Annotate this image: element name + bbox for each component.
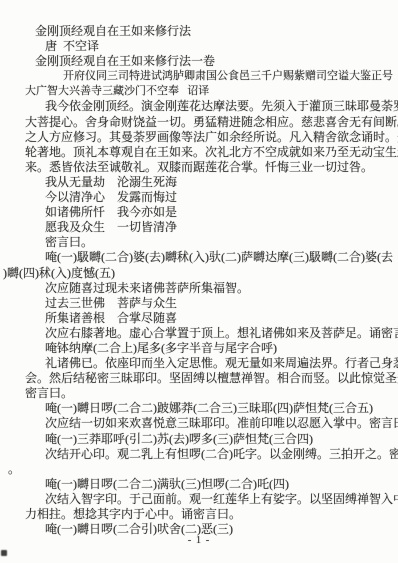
sutra-title-line: 金刚顶经观自在王如来修行法	[25, 24, 398, 39]
body-text-line: 密言曰。	[25, 386, 398, 401]
verse-line: 所集诸善根 合掌尽随喜	[25, 311, 398, 326]
body-text-line: 礼诸佛已。依座印而坐入定思惟。观无量如来周遍法界。行者己身悉在彼	[25, 356, 398, 371]
body-text-line: 次应随喜过现未来诸佛菩萨所集福智。	[25, 281, 398, 296]
body-text-line: 来。悉皆依法至诚敬礼。双膝而踞莲花合掌。忏悔三业一切过咎。	[25, 160, 398, 175]
wrapped-punctuation-line: 。	[8, 462, 398, 477]
mantra-line: 唵钵纳摩(二合上)尾多(多字半音与尾字合呼)	[25, 341, 398, 356]
verse-line: 过去三世佛 菩萨与众生	[25, 296, 398, 311]
body-text-line: 之人方应修习。其曼荼罗画像等法广如余经所说。凡入精舍欲念诵时。先以五	[25, 130, 398, 145]
body-text-line: 轮著地。顶礼本尊观自在王如来。次礼北方不空成就如来乃至无动宝生遍照如	[25, 145, 398, 160]
mantra-line: 唵(一)嚩日啰(二合二)满驮(三)怛啰(二合)吒(四)	[25, 477, 398, 492]
body-text-line: 次应右膝著地。虚心合掌置于顶上。想礼诸佛如来及菩萨足。诵密言曰。	[25, 326, 398, 341]
body-text-line: 次结开心印。观二乳上有怛啰(二合)吒字。以金刚缚。三拍开之。密言曰	[25, 447, 398, 462]
sutra-text-block: 金刚顶经观自在王如来修行法 唐 不空译 金刚顶经观自在王如来修行法一卷 开府仪同…	[25, 24, 398, 537]
mantra-line: )嚩(四)秫(入)度憾(五)	[3, 266, 398, 281]
verse-line: 今以清净心 发露而悔过	[25, 190, 398, 205]
mantra-line: 唵(一)馺嚩(二合)婆(去)嚩秫(入)驮(二)萨嚩达摩(三)馺嚩(二合)婆(去	[25, 250, 398, 265]
translator-line: 唐 不空译	[25, 39, 398, 54]
scroll-title-line: 金刚顶经观自在王如来修行法一卷	[25, 54, 398, 69]
attribution-line: 开府仪同三司特进试鸿胪卿肃国公食邑三千户赐紫赠司空谥大鉴正号	[25, 69, 398, 84]
mantra-line: 唵(一)嚩日啰(二合二)跛娜莽(二合三)三昧耶(四)萨怛梵(三合五)	[25, 401, 398, 416]
body-text-line: 力相拄。想捻其字内于心中。诵密言曰。	[25, 507, 398, 522]
body-text-line: 次应结一切如来欢喜悦意三昧耶印。准前印唯以忍愿入掌中。密言曰。	[25, 416, 398, 431]
page-number: - 1 -	[0, 535, 398, 546]
body-text-line: 会。然后结秘密三昧耶印。坚固缚以檀慧禅智。相合而竖。以此惊觉圣众。诵	[25, 371, 398, 386]
mantra-line: 唵(一)三莽耶呼(引二)苏(去)啰多(三)萨怛梵(三合四)	[25, 432, 398, 447]
verse-line: 如诸佛所忏 我今亦如是	[25, 205, 398, 220]
verse-line: 我从无量劫 沦溺生死海	[25, 175, 398, 190]
body-text-line: 密言曰。	[25, 235, 398, 250]
body-text-line: 我今依金刚顶经。演金刚莲花达摩法要。先须入于灌顶三昧耶曼荼罗。发	[25, 99, 398, 114]
scanned-page: 金刚顶经观自在王如来修行法 唐 不空译 金刚顶经观自在王如来修行法一卷 开府仪同…	[0, 0, 398, 563]
body-text-line: 次结入智字印。于己面前。观一红莲华上有娑字。以坚固缚禅智入中。进	[25, 492, 398, 507]
attribution-line: 大广智大兴善寺三藏沙门不空奉 诏译	[25, 84, 398, 99]
verse-line: 愿我及众生 一切皆清净	[25, 220, 398, 235]
body-text-line: 大菩提心。舍身命财饶益一切。勇猛精进随念相应。慈悲喜舍无有间断。如是	[25, 115, 398, 130]
scan-artifact-mark	[1, 550, 7, 556]
